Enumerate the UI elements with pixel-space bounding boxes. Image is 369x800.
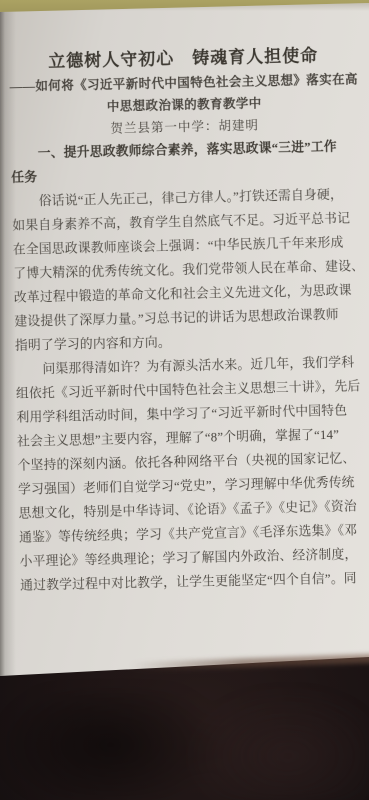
document-subtitle: ——如何将《习近平新时代中国特色社会主义思想》落实在高中思想政治课的教育教学中 <box>9 68 359 120</box>
table-shadow <box>0 690 369 800</box>
paper-sheet: 立德树人守初心 铸魂育人担使命 ——如何将《习近平新时代中国特色社会主义思想》落… <box>0 0 369 800</box>
photo-of-document: 立德树人守初心 铸魂育人担使命 ——如何将《习近平新时代中国特色社会主义思想》落… <box>0 0 369 800</box>
document-page: 立德树人守初心 铸魂育人担使命 ——如何将《习近平新时代中国特色社会主义思想》落… <box>8 22 369 597</box>
document-body: 一、提升思政教师综合素养，落实思政课“三进”工作任务俗话说“正人先正己，律己方律… <box>10 134 369 598</box>
